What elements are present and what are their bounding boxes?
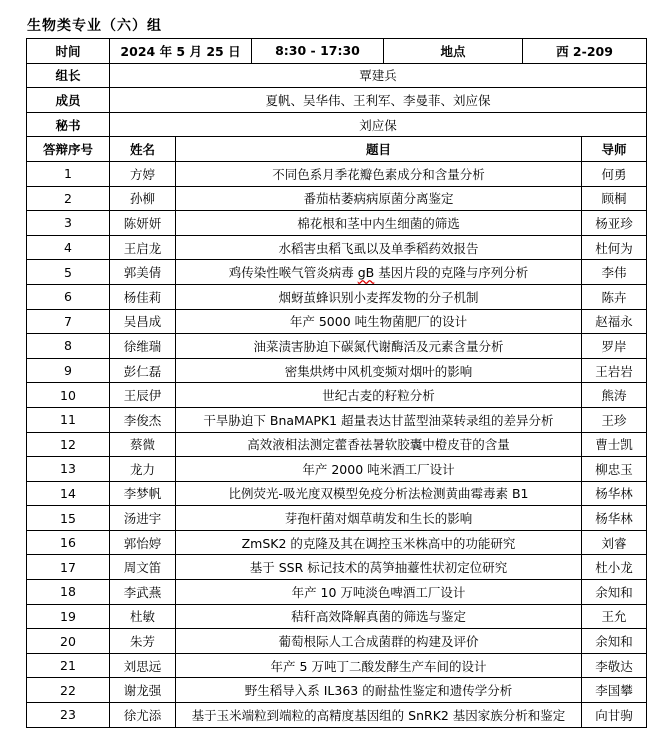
table-row: 2孙柳番茄枯萎病病原菌分离鉴定顾桐: [27, 186, 647, 211]
topic-cell: 比例荧光-吸光度双模型免疫分析法检测黄曲霉毒素 B1: [176, 481, 582, 506]
topic-cell: ZmSK2 的克隆及其在调控玉米株高中的功能研究: [176, 530, 582, 555]
table-row: 3陈妍妍棉花根和茎中内生细菌的筛选杨亚珍: [27, 211, 647, 236]
seq-cell: 4: [27, 235, 110, 260]
topic-cell: 鸡传染性喉气管炎病毒 gB 基因片段的克隆与序列分析: [176, 260, 582, 285]
topic-cell: 干旱胁迫下 BnaMAPK1 超量表达甘蓝型油菜转录组的差异分析: [176, 407, 582, 432]
advisor-cell: 熊涛: [582, 383, 647, 408]
advisor-cell: 王珍: [582, 407, 647, 432]
table-row: 12蔡微高效液相法测定藿香祛暑软胶囊中橙皮苷的含量曹士凯: [27, 432, 647, 457]
table-row: 4王启龙水稻害虫稻飞虱以及单季稻药效报告杜何为: [27, 235, 647, 260]
advisor-cell: 赵福永: [582, 309, 647, 334]
group-title: 生物类专业（六）组: [27, 15, 162, 35]
topic-cell: 野生稻导入系 IL363 的耐盐性鉴定和遗传学分析: [176, 678, 582, 703]
topic-cell: 芽孢杆菌对烟草萌发和生长的影响: [176, 506, 582, 531]
seq-cell: 12: [27, 432, 110, 457]
time-range-value: 8:30 - 17:30: [252, 39, 384, 64]
topic-cell: 不同色系月季花瓣色素成分和含量分析: [176, 161, 582, 186]
advisor-cell: 杨亚珍: [582, 211, 647, 236]
leader-value: 覃建兵: [110, 63, 647, 88]
secretary-row: 秘书 刘应保: [27, 112, 647, 137]
topic-cell: 棉花根和茎中内生细菌的筛选: [176, 211, 582, 236]
table-row: 20朱芳葡萄根际人工合成菌群的构建及评价余知和: [27, 629, 647, 654]
seq-cell: 10: [27, 383, 110, 408]
table-row: 9彭仁磊密集烘烤中风机变频对烟叶的影响王岩岩: [27, 358, 647, 383]
topic-cell: 高效液相法测定藿香祛暑软胶囊中橙皮苷的含量: [176, 432, 582, 457]
table-row: 13龙力年产 2000 吨米酒工厂设计柳忠玉: [27, 457, 647, 482]
secretary-label: 秘书: [27, 112, 110, 137]
table-row: 19杜敏秸秆高效降解真菌的筛选与鉴定王允: [27, 604, 647, 629]
topic-cell: 油菜渍害胁迫下碳氮代谢酶活及元素含量分析: [176, 334, 582, 359]
topic-cell: 年产 10 万吨淡色啤酒工厂设计: [176, 580, 582, 605]
advisor-cell: 余知和: [582, 580, 647, 605]
seq-cell: 5: [27, 260, 110, 285]
members-row: 成员 夏帆、吴华伟、王利军、李曼菲、刘应保: [27, 88, 647, 113]
advisor-cell: 王允: [582, 604, 647, 629]
table-row: 14李梦帆比例荧光-吸光度双模型免疫分析法检测黄曲霉毒素 B1杨华林: [27, 481, 647, 506]
student-name-cell: 汤进宇: [110, 506, 176, 531]
seq-cell: 1: [27, 161, 110, 186]
student-name-cell: 龙力: [110, 457, 176, 482]
table-row: 6杨佳莉烟蚜茧蜂识别小麦挥发物的分子机制陈卉: [27, 284, 647, 309]
student-name-cell: 陈妍妍: [110, 211, 176, 236]
secretary-value: 刘应保: [110, 112, 647, 137]
topic-cell: 番茄枯萎病病原菌分离鉴定: [176, 186, 582, 211]
advisor-cell: 曹士凯: [582, 432, 647, 457]
seq-cell: 18: [27, 580, 110, 605]
topic-cell: 年产 2000 吨米酒工厂设计: [176, 457, 582, 482]
advisor-cell: 向甘驹: [582, 703, 647, 728]
advisor-cell: 李国攀: [582, 678, 647, 703]
student-name-cell: 李武燕: [110, 580, 176, 605]
seq-cell: 13: [27, 457, 110, 482]
table-row: 17周文笛基于 SSR 标记技术的莴笋抽薹性状初定位研究杜小龙: [27, 555, 647, 580]
table-row: 5郭美倩鸡传染性喉气管炎病毒 gB 基因片段的克隆与序列分析李伟: [27, 260, 647, 285]
table-row: 16郭怡婷ZmSK2 的克隆及其在调控玉米株高中的功能研究刘睿: [27, 530, 647, 555]
advisor-cell: 李伟: [582, 260, 647, 285]
advisor-cell: 杨华林: [582, 481, 647, 506]
student-name-cell: 徐尤添: [110, 703, 176, 728]
table-row: 21刘思远年产 5 万吨丁二酸发酵生产车间的设计李敬达: [27, 653, 647, 678]
advisor-cell: 杨华林: [582, 506, 647, 531]
table-row: 23徐尤添基于玉米端粒到端粒的高精度基因组的 SnRK2 基因家族分析和鉴定向甘…: [27, 703, 647, 728]
student-name-cell: 王启龙: [110, 235, 176, 260]
column-header-advisor: 导师: [582, 137, 647, 162]
column-header-topic: 题目: [176, 137, 582, 162]
topic-cell: 年产 5000 吨生物菌肥厂的设计: [176, 309, 582, 334]
seq-cell: 20: [27, 629, 110, 654]
location-value: 西 2-209: [523, 39, 647, 64]
seq-cell: 22: [27, 678, 110, 703]
student-name-cell: 郭美倩: [110, 260, 176, 285]
table-row: 22谢龙强野生稻导入系 IL363 的耐盐性鉴定和遗传学分析李国攀: [27, 678, 647, 703]
seq-cell: 23: [27, 703, 110, 728]
student-name-cell: 蔡微: [110, 432, 176, 457]
table-row: 15汤进宇芽孢杆菌对烟草萌发和生长的影响杨华林: [27, 506, 647, 531]
seq-cell: 14: [27, 481, 110, 506]
advisor-cell: 杜小龙: [582, 555, 647, 580]
seq-cell: 3: [27, 211, 110, 236]
seq-cell: 11: [27, 407, 110, 432]
topic-cell: 年产 5 万吨丁二酸发酵生产车间的设计: [176, 653, 582, 678]
seq-cell: 15: [27, 506, 110, 531]
seq-cell: 8: [27, 334, 110, 359]
defense-schedule-table: 时间 2024 年 5 月 25 日 8:30 - 17:30 地点 西 2-2…: [26, 38, 647, 728]
seq-cell: 19: [27, 604, 110, 629]
topic-cell: 基于 SSR 标记技术的莴笋抽薹性状初定位研究: [176, 555, 582, 580]
advisor-cell: 余知和: [582, 629, 647, 654]
advisor-cell: 李敬达: [582, 653, 647, 678]
members-value: 夏帆、吴华伟、王利军、李曼菲、刘应保: [110, 88, 647, 113]
spellcheck-marker: gB: [358, 265, 375, 280]
topic-cell: 葡萄根际人工合成菌群的构建及评价: [176, 629, 582, 654]
table-row: 18李武燕年产 10 万吨淡色啤酒工厂设计余知和: [27, 580, 647, 605]
student-name-cell: 朱芳: [110, 629, 176, 654]
advisor-cell: 柳忠玉: [582, 457, 647, 482]
table-row: 7吴昌成年产 5000 吨生物菌肥厂的设计赵福永: [27, 309, 647, 334]
student-name-cell: 方婷: [110, 161, 176, 186]
date-value: 2024 年 5 月 25 日: [110, 39, 252, 64]
topic-cell: 秸秆高效降解真菌的筛选与鉴定: [176, 604, 582, 629]
topic-cell: 烟蚜茧蜂识别小麦挥发物的分子机制: [176, 284, 582, 309]
column-header-name: 姓名: [110, 137, 176, 162]
student-name-cell: 彭仁磊: [110, 358, 176, 383]
table-row: 8徐维瑞油菜渍害胁迫下碳氮代谢酶活及元素含量分析罗岸: [27, 334, 647, 359]
student-name-cell: 谢龙强: [110, 678, 176, 703]
topic-cell: 世纪古麦的籽粒分析: [176, 383, 582, 408]
student-name-cell: 刘思远: [110, 653, 176, 678]
table-row: 1方婷不同色系月季花瓣色素成分和含量分析何勇: [27, 161, 647, 186]
seq-cell: 6: [27, 284, 110, 309]
advisor-cell: 王岩岩: [582, 358, 647, 383]
student-name-cell: 吴昌成: [110, 309, 176, 334]
student-name-cell: 周文笛: [110, 555, 176, 580]
seq-cell: 7: [27, 309, 110, 334]
seq-cell: 17: [27, 555, 110, 580]
student-name-cell: 王辰伊: [110, 383, 176, 408]
advisor-cell: 何勇: [582, 161, 647, 186]
student-name-cell: 李梦帆: [110, 481, 176, 506]
table-row: 10王辰伊世纪古麦的籽粒分析熊涛: [27, 383, 647, 408]
student-name-cell: 杨佳莉: [110, 284, 176, 309]
topic-cell: 基于玉米端粒到端粒的高精度基因组的 SnRK2 基因家族分析和鉴定: [176, 703, 582, 728]
advisor-cell: 杜何为: [582, 235, 647, 260]
advisor-cell: 刘睿: [582, 530, 647, 555]
advisor-cell: 顾桐: [582, 186, 647, 211]
column-header-seq: 答辩序号: [27, 137, 110, 162]
column-header-row: 答辩序号 姓名 题目 导师: [27, 137, 647, 162]
seq-cell: 2: [27, 186, 110, 211]
seq-cell: 21: [27, 653, 110, 678]
leader-row: 组长 覃建兵: [27, 63, 647, 88]
leader-label: 组长: [27, 63, 110, 88]
student-name-cell: 杜敏: [110, 604, 176, 629]
student-name-cell: 孙柳: [110, 186, 176, 211]
student-name-cell: 李俊杰: [110, 407, 176, 432]
topic-cell: 密集烘烤中风机变频对烟叶的影响: [176, 358, 582, 383]
student-name-cell: 徐维瑞: [110, 334, 176, 359]
seq-cell: 9: [27, 358, 110, 383]
table-row: 11李俊杰干旱胁迫下 BnaMAPK1 超量表达甘蓝型油菜转录组的差异分析王珍: [27, 407, 647, 432]
student-name-cell: 郭怡婷: [110, 530, 176, 555]
time-label: 时间: [27, 39, 110, 64]
topic-cell: 水稻害虫稻飞虱以及单季稻药效报告: [176, 235, 582, 260]
location-label: 地点: [384, 39, 523, 64]
members-label: 成员: [27, 88, 110, 113]
advisor-cell: 陈卉: [582, 284, 647, 309]
advisor-cell: 罗岸: [582, 334, 647, 359]
seq-cell: 16: [27, 530, 110, 555]
time-row: 时间 2024 年 5 月 25 日 8:30 - 17:30 地点 西 2-2…: [27, 39, 647, 64]
